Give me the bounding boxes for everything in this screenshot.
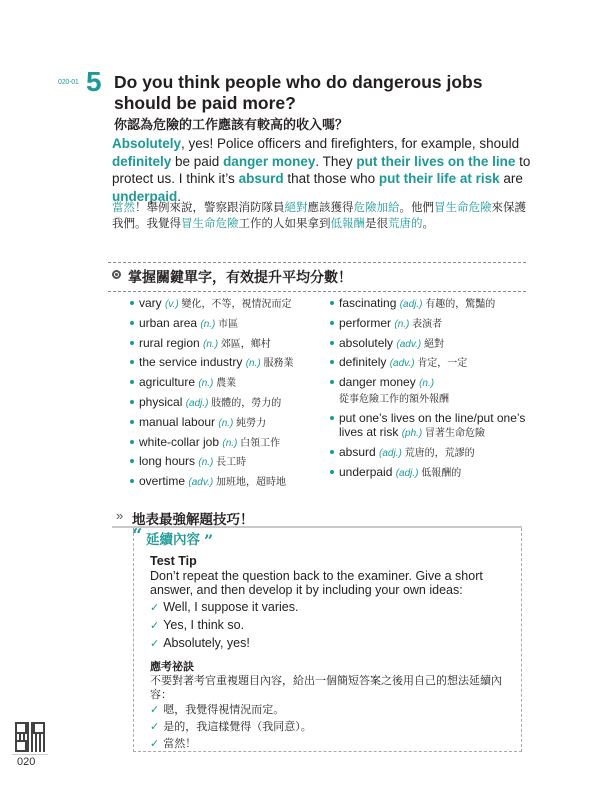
check-icon: ✓ <box>150 620 159 632</box>
example-list-zh: ✓嗯，我覺得視情況而定。 ✓是的，我這樣覺得（我同意）。 ✓當然！ <box>150 703 312 754</box>
key-phrase: 危險加給 <box>354 202 400 214</box>
answer-text: are <box>500 171 523 186</box>
vocab-word: overtime <box>139 474 188 488</box>
part-of-speech: (adj.) <box>186 398 212 409</box>
key-phrase: absurd <box>239 171 284 186</box>
footer-divider <box>12 754 48 755</box>
audio-track-code: 020-01 <box>58 79 79 86</box>
check-icon: ✓ <box>150 738 159 750</box>
vocab-section-header: 掌握關鍵單字，有效提升平均分數！ <box>108 262 526 292</box>
vocab-word: danger money <box>339 375 419 389</box>
check-icon: ✓ <box>150 638 159 650</box>
key-phrase: definitely <box>112 154 171 169</box>
example-item: ✓是的，我這樣覺得（我同意）。 <box>150 720 312 734</box>
part-of-speech: (n.) <box>203 339 221 350</box>
open-quote-icon: “ <box>132 525 142 546</box>
question-title-zh: 你認為危險的工作應該有較高的收入嗎？ <box>114 114 348 133</box>
part-of-speech: (n.) <box>198 378 216 389</box>
check-icon: ✓ <box>150 602 159 614</box>
vocab-item: white-collar job (n.) 白領工作 <box>130 435 325 451</box>
vocab-item: put one’s lives on the line/put one’s li… <box>330 411 530 441</box>
key-phrase: 當然 <box>112 202 135 214</box>
test-tip-body: Don’t repeat the question back to the ex… <box>150 569 500 597</box>
example-item: ✓嗯，我覺得視情況而定。 <box>150 703 312 717</box>
answer-text: that those who <box>284 171 379 186</box>
vocab-item: overtime (adv.) 加班地，超時地 <box>130 474 325 490</box>
vocab-word: absolutely <box>339 336 396 350</box>
vocab-word: performer <box>339 316 394 330</box>
answer-text: , yes! Police officers and firefighters,… <box>181 136 519 151</box>
vocab-item: the service industry (n.) 服務業 <box>130 355 325 371</box>
part-of-speech: (adv.) <box>396 339 424 350</box>
part-of-speech: (adj.) <box>379 448 405 459</box>
answer-text: 。 <box>423 218 435 230</box>
vocab-translation: 純勞力 <box>236 418 266 429</box>
check-icon: ✓ <box>150 721 159 733</box>
key-phrase: put their life at risk <box>379 171 500 186</box>
circle-bullet-icon <box>112 270 121 279</box>
tips-section-title: 地表最強解題技巧！ <box>132 508 254 528</box>
vocab-word: definitely <box>339 355 390 369</box>
vocab-translation: 農業 <box>216 378 236 389</box>
answer-text: 。他們 <box>400 202 435 214</box>
key-phrase: 冒生命危險 <box>434 202 492 214</box>
vocab-item: manual labour (n.) 純勞力 <box>130 415 325 431</box>
vocab-translation: 肢體的，勞力的 <box>211 398 281 409</box>
answer-text: 工作的人如果拿到 <box>239 218 331 230</box>
vocab-translation: 加班地，超時地 <box>216 477 286 488</box>
vocab-word: absurd <box>339 445 379 459</box>
tips-zh-label: 應考祕訣 <box>150 658 194 674</box>
double-chevron-icon: » <box>116 508 123 523</box>
answer-text: 應該獲得 <box>308 202 354 214</box>
vocab-translation: 白領工作 <box>240 438 280 449</box>
vocab-item: vary (v.) 變化，不等，視情況而定 <box>130 296 325 312</box>
answer-text: be paid <box>171 154 223 169</box>
vocab-translation: 市區 <box>218 319 238 330</box>
vocab-item: rural region (n.) 郊區，鄉村 <box>130 336 325 352</box>
close-quote-icon: ” <box>204 531 213 550</box>
part-of-speech: (n.) <box>246 358 264 369</box>
vocab-translation: 服務業 <box>264 358 294 369</box>
example-item: ✓Well, I suppose it varies. <box>150 600 298 615</box>
vocab-item: performer (n.) 表演者 <box>330 316 530 332</box>
part-of-speech: (n.) <box>198 457 216 468</box>
page-number: 020 <box>17 756 35 768</box>
vocab-item: absurd (adj.) 荒唐的，荒謬的 <box>330 445 530 461</box>
question-title-en: Do you think people who do dangerous job… <box>114 72 534 114</box>
answer-text: 是很 <box>365 218 388 230</box>
vocab-word: manual labour <box>139 415 218 429</box>
part-of-speech: (adv.) <box>390 358 418 369</box>
vocab-translation: 有趣的，驚豔的 <box>425 299 495 310</box>
test-tip-label: Test Tip <box>150 554 197 568</box>
example-item: ✓當然！ <box>150 737 312 751</box>
vocab-item: urban area (n.) 市區 <box>130 316 325 332</box>
vocab-word: underpaid <box>339 465 396 479</box>
key-phrase: 絕對 <box>285 202 308 214</box>
part-of-speech: (adj.) <box>396 468 422 479</box>
vocab-translation: 絕對 <box>424 339 444 350</box>
vocab-word: the service industry <box>139 355 246 369</box>
vocab-item: underpaid (adj.) 低報酬的 <box>330 465 530 481</box>
vocab-translation: 變化，不等，視情況而定 <box>182 299 292 310</box>
vocab-translation: 低報酬的 <box>421 468 461 479</box>
vocab-word: long hours <box>139 454 198 468</box>
vocab-item: physical (adj.) 肢體的，勞力的 <box>130 395 325 411</box>
vocab-word: vary <box>139 296 165 310</box>
tips-zh-body: 不要對著考官重複題目內容，給出一個簡短答案之後用自己的想法延續內容： <box>150 674 505 702</box>
answer-text: . They <box>315 154 356 169</box>
vocab-word: white-collar job <box>139 435 222 449</box>
vocab-list-right: fascinating (adj.) 有趣的，驚豔的performer (n.)… <box>330 296 530 484</box>
vocab-translation: 冒著生命危險 <box>425 428 485 439</box>
vocab-translation: 長工時 <box>216 457 246 468</box>
vocab-word: agriculture <box>139 375 198 389</box>
vocab-translation: 肯定，一定 <box>417 358 467 369</box>
example-item: ✓Yes, I think so. <box>150 618 298 633</box>
sample-answer-en: Absolutely, yes! Police officers and fir… <box>112 135 532 205</box>
example-list-en: ✓Well, I suppose it varies. ✓Yes, I thin… <box>150 600 298 654</box>
key-phrase: danger money <box>223 154 315 169</box>
part-of-speech: (v.) <box>165 299 181 310</box>
question-number: 5 <box>86 67 102 97</box>
tips-box-title: 延續內容 <box>146 528 200 548</box>
vocab-word: urban area <box>139 316 200 330</box>
vocab-word: fascinating <box>339 296 400 310</box>
vocab-translation: 郊區，鄉村 <box>221 339 271 350</box>
vocab-item: danger money (n.) 從事危險工作的額外報酬 <box>330 375 530 407</box>
key-phrase: 冒生命危險 <box>181 218 239 230</box>
part-of-speech: (n.) <box>218 418 236 429</box>
vocab-item: agriculture (n.) 農業 <box>130 375 325 391</box>
vocab-translation: 荒唐的，荒謬的 <box>405 448 475 459</box>
vocab-section-title: 掌握關鍵單字，有效提升平均分數！ <box>128 267 352 287</box>
tips-box: “ 延續內容 ” Test Tip Don’t repeat the quest… <box>133 528 522 752</box>
vocab-word: rural region <box>139 336 203 350</box>
part-of-speech: (n.) <box>222 438 240 449</box>
answer-text: ！舉例來說，警察跟消防隊員 <box>135 202 285 214</box>
example-item: ✓Absolutely, yes! <box>150 636 298 651</box>
qr-code-icon[interactable] <box>15 722 45 752</box>
vocab-translation: 表演者 <box>412 319 442 330</box>
key-phrase: put their lives on the line <box>356 154 515 169</box>
key-phrase: 荒唐的 <box>388 218 423 230</box>
vocab-list-left: vary (v.) 變化，不等，視情況而定urban area (n.) 市區r… <box>130 296 325 494</box>
check-icon: ✓ <box>150 704 159 716</box>
sample-answer-zh: 當然！舉例來說，警察跟消防隊員絕對應該獲得危險加給。他們冒生命危險來保護我們。我… <box>112 200 532 232</box>
key-phrase: Absolutely <box>112 136 181 151</box>
vocab-translation: 從事危險工作的額外報酬 <box>339 394 449 405</box>
key-phrase: 低報酬 <box>331 218 366 230</box>
vocab-item: fascinating (adj.) 有趣的，驚豔的 <box>330 296 530 312</box>
vocab-word: physical <box>139 395 186 409</box>
part-of-speech: (n.) <box>200 319 218 330</box>
part-of-speech: (adv.) <box>188 477 216 488</box>
tips-section-header: » 地表最強解題技巧！ <box>112 508 522 528</box>
part-of-speech: (adj.) <box>400 299 426 310</box>
vocab-item: definitely (adv.) 肯定，一定 <box>330 355 530 371</box>
part-of-speech: (n.) <box>419 378 434 389</box>
part-of-speech: (n.) <box>394 319 412 330</box>
vocab-item: long hours (n.) 長工時 <box>130 454 325 470</box>
vocab-item: absolutely (adv.) 絕對 <box>330 336 530 352</box>
part-of-speech: (ph.) <box>402 428 425 439</box>
